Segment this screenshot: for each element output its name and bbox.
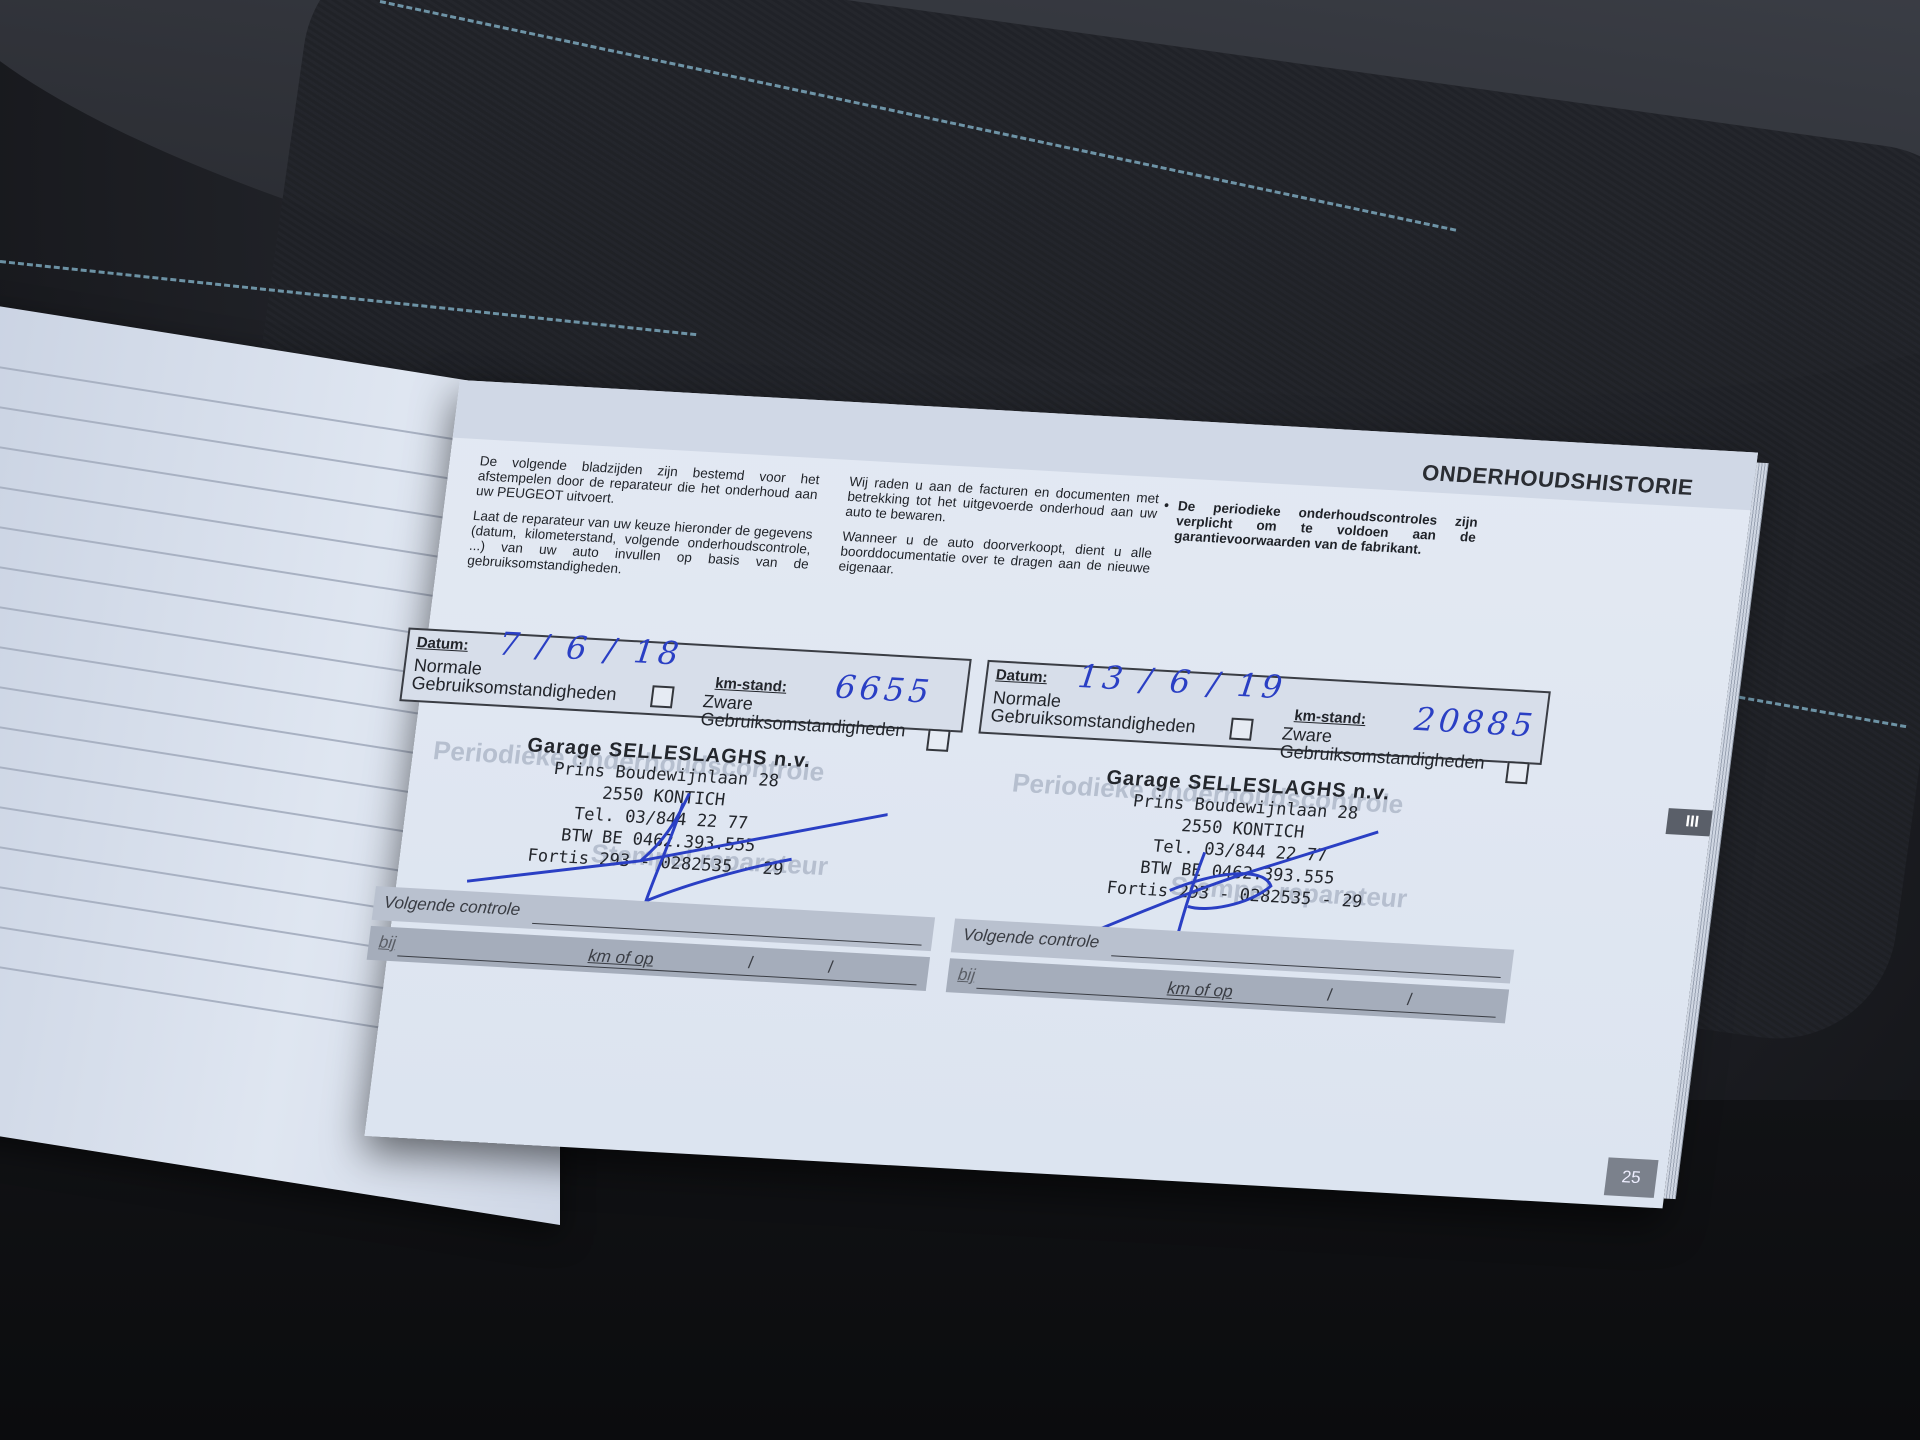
maintenance-entry: Periodieke onderhoudscontrole Stempel re… [361, 628, 968, 1037]
heavy-conditions-checkbox[interactable] [926, 729, 951, 752]
page-number: 25 [1604, 1157, 1659, 1198]
service-booklet: ONDERHOUDSHISTORIE De volgende bladzijde… [0, 0, 1920, 1440]
right-page-maintenance-history: ONDERHOUDSHISTORIE De volgende bladzijde… [365, 380, 1758, 1208]
normal-conditions-checkbox[interactable] [1229, 718, 1254, 741]
intro-right-bullet: De periodieke onderhoudscontroles zijn v… [1173, 498, 1478, 560]
intro-paragraph: Wanneer u de auto doorverkoopt, dient u … [838, 529, 1153, 591]
entry-header-box: Datum: 13 / 6 / 19 Normale Gebruiksomsta… [978, 660, 1550, 765]
entry-header-box: Datum: 7 / 6 / 18 Normale Gebruiksomstan… [399, 628, 971, 733]
date-label: Datum: [995, 666, 1049, 686]
at-label: bij [957, 965, 977, 986]
at-label: bij [378, 932, 398, 953]
intro-paragraph: De volgende bladzijden zijn bestemd voor… [475, 453, 820, 517]
intro-left: De volgende bladzijden zijn bestemd voor… [465, 453, 820, 596]
normal-conditions-checkbox[interactable] [650, 685, 675, 708]
intro-paragraph: Laat de reparateur van uw keuze hieronde… [466, 508, 813, 587]
intro-middle: Wij raden u aan de facturen en documente… [837, 474, 1160, 601]
heavy-conditions-checkbox[interactable] [1505, 761, 1530, 784]
intro-paragraph: Wij raden u aan de facturen en documente… [845, 474, 1160, 536]
maintenance-entry: Periodieke onderhoudscontrole Stempel re… [940, 660, 1547, 1069]
date-label: Datum: [416, 634, 470, 654]
